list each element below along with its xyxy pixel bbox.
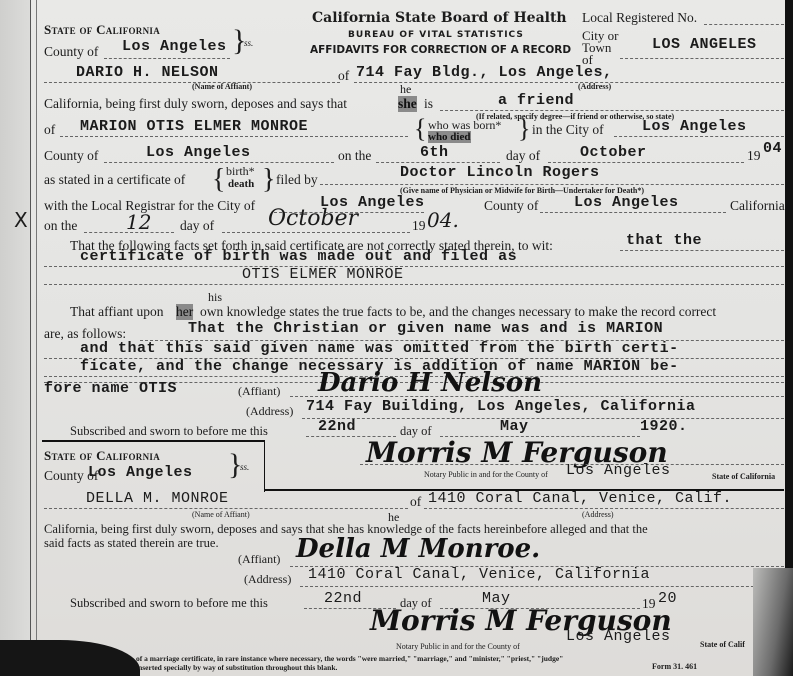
filed-by-value: Doctor Lincoln Rogers	[400, 164, 600, 181]
of-label-2: of	[44, 122, 55, 138]
correction-line-1: That the Christian or given name was and…	[188, 320, 663, 337]
local-registered-label: Local Registered No.	[582, 10, 697, 26]
subscribed-month: May	[500, 418, 529, 435]
state-heading: State of California	[44, 22, 160, 38]
day-of-label: day of	[506, 148, 540, 164]
county-value-2: Los Angeles	[88, 464, 193, 481]
filed-year-prefix: 19	[412, 218, 426, 234]
registrar-county-label: County of	[484, 198, 538, 214]
brace-close-2: }	[262, 164, 275, 196]
county-label: County of	[44, 44, 98, 60]
subscribed-label: Subscribed and sworn to before me this	[70, 424, 268, 439]
affiant1-signature: Dario H Nelson	[318, 368, 542, 398]
form-number: Form 31. 461	[652, 662, 697, 671]
sworn-text-2b: said facts as stated therein are true.	[44, 536, 219, 551]
subscribed-year: 1920.	[640, 418, 688, 435]
affiant1-full-address: 714 Fay Building, Los Angeles, Californi…	[306, 398, 696, 415]
birth-day: 6th	[420, 144, 449, 161]
notary1-county: Los Angeles	[566, 462, 671, 479]
notary1-caption: Notary Public in and for the County of	[424, 470, 548, 479]
ss-mark-2: ss.	[240, 462, 249, 472]
affiant-label: (Affiant)	[238, 384, 280, 399]
name-caption: (Name of Affiant)	[192, 82, 252, 91]
margin-rule-inner	[36, 0, 37, 640]
year-prefix: 19	[747, 148, 761, 164]
state-heading-2: State of California	[44, 448, 160, 464]
facts-line-2: certificate of birth was made out and fi…	[80, 248, 517, 265]
affiant2-address: 1410 Coral Canal, Venice, Calif.	[428, 490, 732, 507]
relation-value: a friend	[498, 92, 574, 109]
address-caption-2: (Address)	[582, 510, 614, 519]
margin-rule-outer	[30, 0, 31, 640]
filed-year: 04.	[427, 208, 459, 232]
subscribed-day: 22nd	[318, 418, 356, 435]
affiant1-name: DARIO H. NELSON	[76, 64, 219, 81]
subject-name: MARION OTIS ELMER MONROE	[80, 118, 308, 135]
in-city-label: in the City of	[532, 122, 604, 138]
form-title: AFFIDAVITS FOR CORRECTION OF A RECORD	[310, 44, 571, 56]
certificate-label: as stated in a certificate of	[44, 172, 185, 188]
knowledge-struck: her	[176, 304, 193, 320]
address-label: (Address)	[246, 404, 293, 419]
notary2-state: State of Calif	[700, 640, 745, 649]
notary2-caption: Notary Public in and for the County of	[396, 642, 520, 651]
knowledge-pre: That affiant upon	[70, 304, 163, 320]
board-title: California State Board of Health	[312, 10, 567, 26]
affiant2-signature: Della M Monroe.	[296, 534, 540, 564]
is-label: is	[424, 96, 433, 112]
of-label-3: of	[410, 494, 421, 510]
pronoun-inserted: he	[400, 82, 411, 97]
address-caption: (Address)	[578, 82, 611, 91]
sworn-text: California, being first duly sworn, depo…	[44, 96, 347, 112]
bureau-title: BUREAU OF VITAL STATISTICS	[348, 30, 524, 40]
county-value: Los Angeles	[122, 38, 227, 55]
birth-county: Los Angeles	[146, 144, 251, 161]
filed-month: October	[268, 206, 358, 231]
facts-line-1: that the	[626, 232, 702, 249]
address-label-2: (Address)	[244, 572, 291, 587]
who-died-struck: who died	[428, 131, 471, 143]
birth-option: birth*	[226, 164, 255, 179]
brace-open: {	[414, 114, 426, 144]
page-left-margin	[0, 0, 30, 676]
knowledge-inserted: his	[208, 290, 222, 305]
affiant2-full-address: 1410 Coral Canal, Venice, California	[308, 566, 650, 583]
city-label: City or Town of	[582, 30, 622, 66]
on-the-label: on the	[338, 148, 371, 164]
birth-month: October	[580, 144, 647, 161]
city-value: LOS ANGELES	[652, 36, 757, 53]
subscribed-day-2: 22nd	[324, 590, 362, 607]
birth-city: Los Angeles	[642, 118, 747, 135]
correction-line-2: and that this said given name was omitte…	[80, 340, 679, 357]
death-option-struck: death	[228, 178, 254, 190]
brace-open-2: {	[212, 164, 225, 196]
county-label-2: County of	[44, 148, 98, 164]
affiant1-address: 714 Fay Bldg., Los Angeles,	[356, 64, 613, 81]
correction-line-4: fore name OTIS	[44, 380, 177, 397]
registrar-county: Los Angeles	[574, 194, 679, 211]
page-corner-fold	[753, 568, 793, 676]
ss-mark: ss.	[244, 38, 253, 48]
filed-day: 12	[126, 210, 151, 234]
pronoun-struck: she	[398, 96, 417, 112]
of-label: of	[338, 68, 349, 84]
footer-note-2: inserted specially by way of substitutio…	[136, 663, 337, 672]
filed-on-label: on the	[44, 218, 77, 234]
birth-year: 04	[763, 140, 782, 157]
notary1-state: State of California	[712, 472, 775, 481]
facts-line-3: OTIS ELMER MONROE	[242, 266, 404, 283]
state-label: California	[730, 198, 785, 214]
knowledge-post: own knowledge states the true facts to b…	[200, 304, 716, 320]
affiant2-name: DELLA M. MONROE	[86, 490, 229, 507]
filed-day-of-label: day of	[180, 218, 214, 234]
footer-note-1: of a marriage certificate, in rare insta…	[136, 654, 563, 663]
brace-close: }	[518, 114, 530, 144]
subscribed-label-2: Subscribed and sworn to before me this	[70, 596, 268, 611]
filed-by-label: filed by	[276, 172, 318, 188]
name-caption-2: (Name of Affiant)	[192, 510, 250, 519]
affiant-label-2: (Affiant)	[238, 552, 280, 567]
margin-x-mark: X	[14, 208, 28, 232]
notary2-county: Los Angeles	[566, 628, 671, 645]
